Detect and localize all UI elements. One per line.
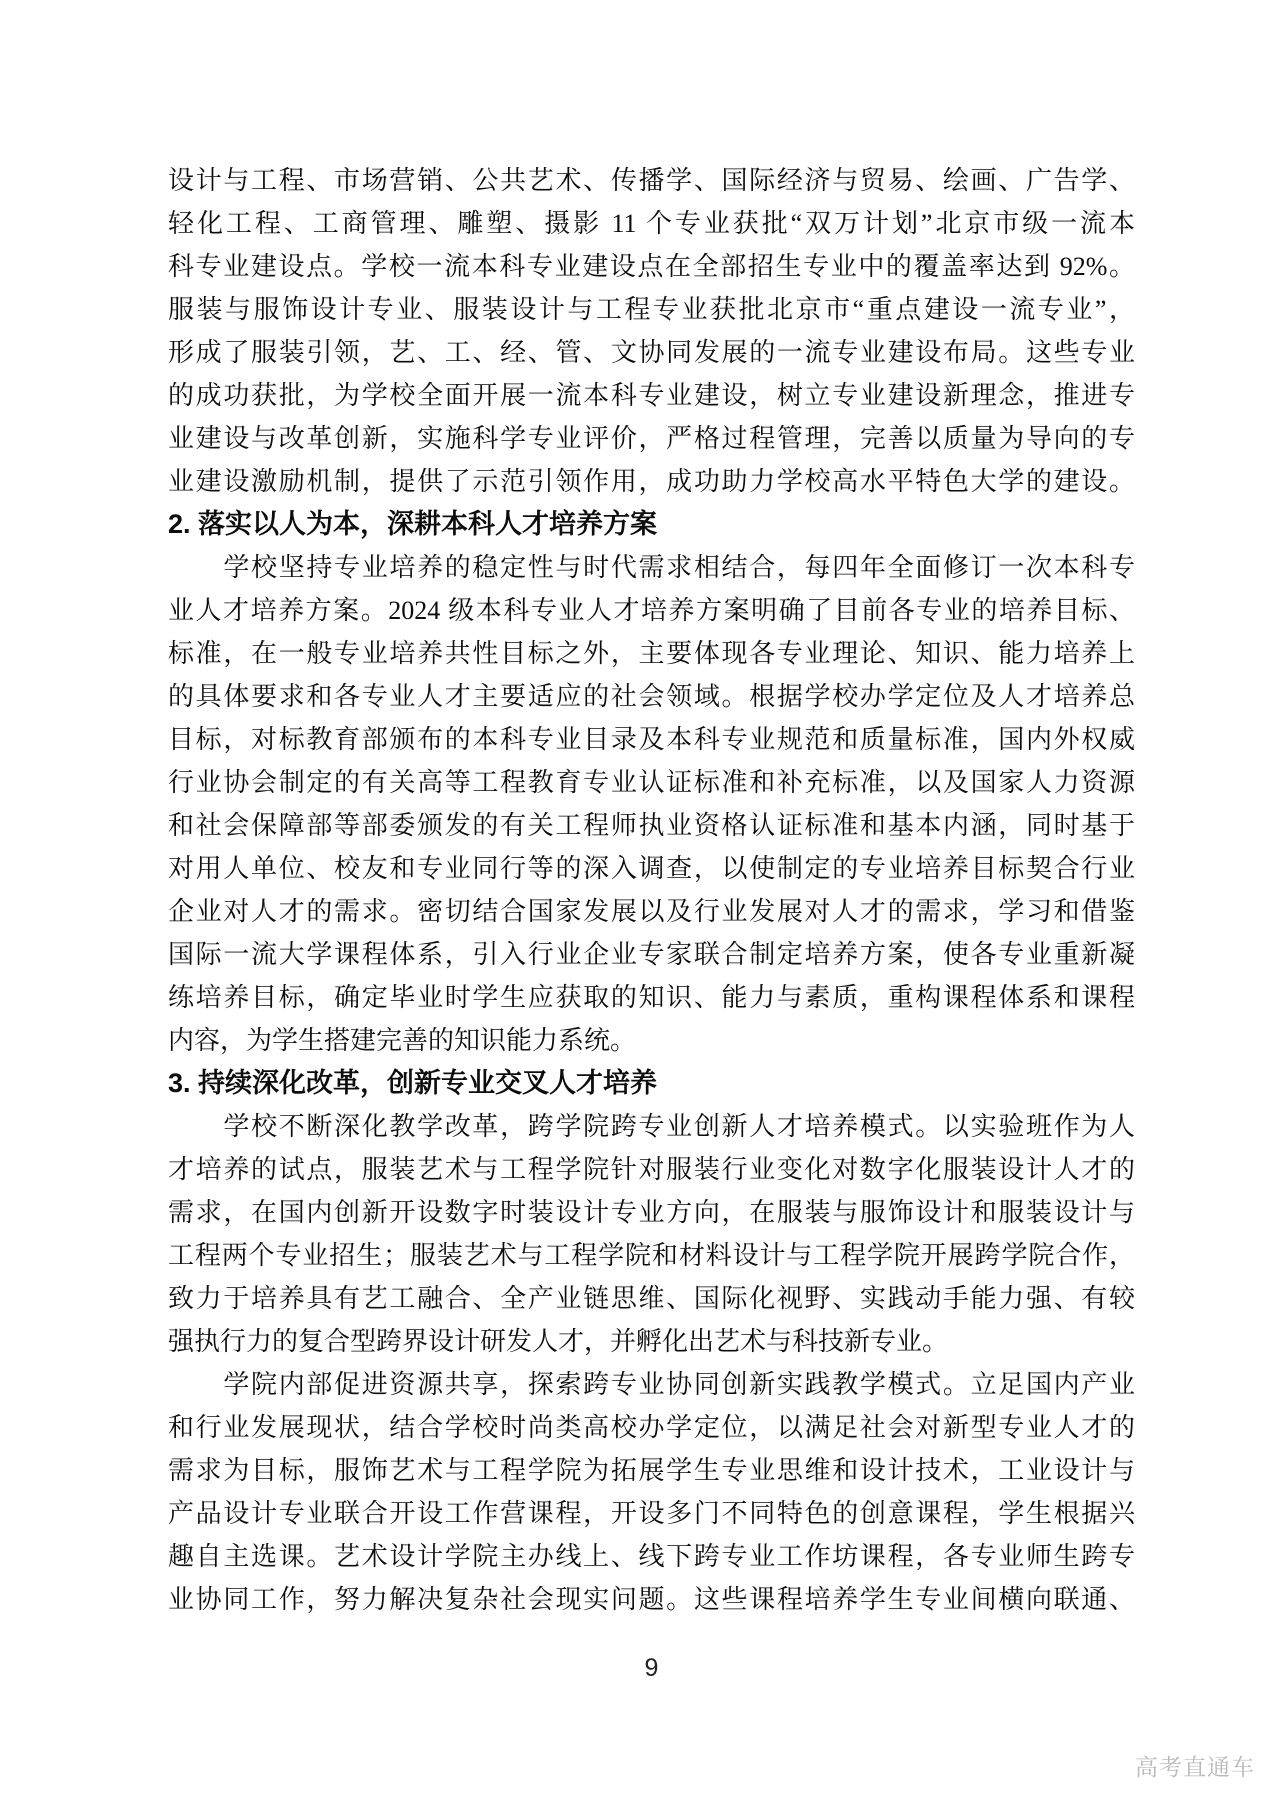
text-line: 标准，在一般专业培养共性目标之外，主要体现各专业理论、知识、能力培养上 [168,632,1135,675]
text-line: 设计与工程、市场营销、公共艺术、传播学、国际经济与贸易、绘画、广告学、 [168,159,1135,202]
text-line: 学校不断深化教学改革，跨学院跨专业创新人才培养模式。以实验班作为人 [168,1105,1135,1148]
text-line: 需求为目标，服饰艺术与工程学院为拓展学生专业思维和设计技术，工业设计与 [168,1449,1135,1492]
text-line: 练培养目标，确定毕业时学生应获取的知识、能力与素质，重构课程体系和课程 [168,976,1135,1019]
text-line: 的成功获批，为学校全面开展一流本科专业建设，树立专业建设新理念，推进专 [168,374,1135,417]
text-line: 业建设与改革创新，实施科学专业评价，严格过程管理，完善以质量为导向的专 [168,417,1135,460]
text-line: 业协同工作，努力解决复杂社会现实问题。这些课程培养学生专业间横向联通、 [168,1578,1135,1621]
text-line: 国际一流大学课程体系，引入行业企业专家联合制定培养方案，使各专业重新凝 [168,933,1135,976]
text-line: 企业对人才的需求。密切结合国家发展以及行业发展对人才的需求，学习和借鉴 [168,890,1135,933]
text-line: 对用人单位、校友和专业同行等的深入调查，以使制定的专业培养目标契合行业 [168,847,1135,890]
text-line: 学院内部促进资源共享，探索跨专业协同创新实践教学模式。立足国内产业 [168,1363,1135,1406]
page-number: 9 [168,1647,1135,1690]
text-line: 工程两个专业招生；服装艺术与工程学院和材料设计与工程学院开展跨学院合作， [168,1234,1135,1277]
text-line: 轻化工程、工商管理、雕塑、摄影 11 个专业获批“双万计划”北京市级一流本 [168,202,1135,245]
text-line: 业建设激励机制，提供了示范引领作用，成功助力学校高水平特色大学的建设。 [168,460,1135,503]
text-line: 业人才培养方案。2024 级本科专业人才培养方案明确了目前各专业的培养目标、 [168,589,1135,632]
text-column: 设计与工程、市场营销、公共艺术、传播学、国际经济与贸易、绘画、广告学、轻化工程、… [168,159,1135,1621]
text-line: 趣自主选课。艺术设计学院主办线上、线下跨专业工作坊课程，各专业师生跨专 [168,1535,1135,1578]
text-line: 目标，对标教育部颁布的本科专业目录及本科专业规范和质量标准，国内外权威 [168,718,1135,761]
text-line: 科专业建设点。学校一流本科专业建设点在全部招生专业中的覆盖率达到 92%。 [168,245,1135,288]
text-line: 和行业发展现状，结合学校时尚类高校办学定位，以满足社会对新型专业人才的 [168,1406,1135,1449]
text-line: 才培养的试点，服装艺术与工程学院针对服装行业变化对数字化服装设计人才的 [168,1148,1135,1191]
text-line: 学校坚持专业培养的稳定性与时代需求相结合，每四年全面修订一次本科专 [168,546,1135,589]
text-line: 强执行力的复合型跨界设计研发人才，并孵化出艺术与科技新专业。 [168,1320,1135,1363]
text-line: 需求，在国内创新开设数字时装设计专业方向，在服装与服饰设计和服装设计与 [168,1191,1135,1234]
text-line: 和社会保障部等部委颁发的有关工程师执业资格认证标准和基本内涵，同时基于 [168,804,1135,847]
text-line: 内容，为学生搭建完善的知识能力系统。 [168,1019,1135,1062]
section-heading: 3. 持续深化改革，创新专业交叉人才培养 [168,1062,1135,1105]
watermark: 高考直通车 [1135,1753,1255,1781]
text-line: 形成了服装引领，艺、工、经、管、文协同发展的一流专业建设布局。这些专业 [168,331,1135,374]
section-heading: 2. 落实以人为本，深耕本科人才培养方案 [168,503,1135,546]
document-page: 设计与工程、市场营销、公共艺术、传播学、国际经济与贸易、绘画、广告学、轻化工程、… [0,0,1280,1810]
text-line: 行业协会制定的有关高等工程教育专业认证标准和补充标准，以及国家人力资源 [168,761,1135,804]
text-line: 的具体要求和各专业人才主要适应的社会领域。根据学校办学定位及人才培养总 [168,675,1135,718]
text-line: 服装与服饰设计专业、服装设计与工程专业获批北京市“重点建设一流专业”， [168,288,1135,331]
text-line: 产品设计专业联合开设工作营课程，开设多门不同特色的创意课程，学生根据兴 [168,1492,1135,1535]
text-line: 致力于培养具有艺工融合、全产业链思维、国际化视野、实践动手能力强、有较 [168,1277,1135,1320]
